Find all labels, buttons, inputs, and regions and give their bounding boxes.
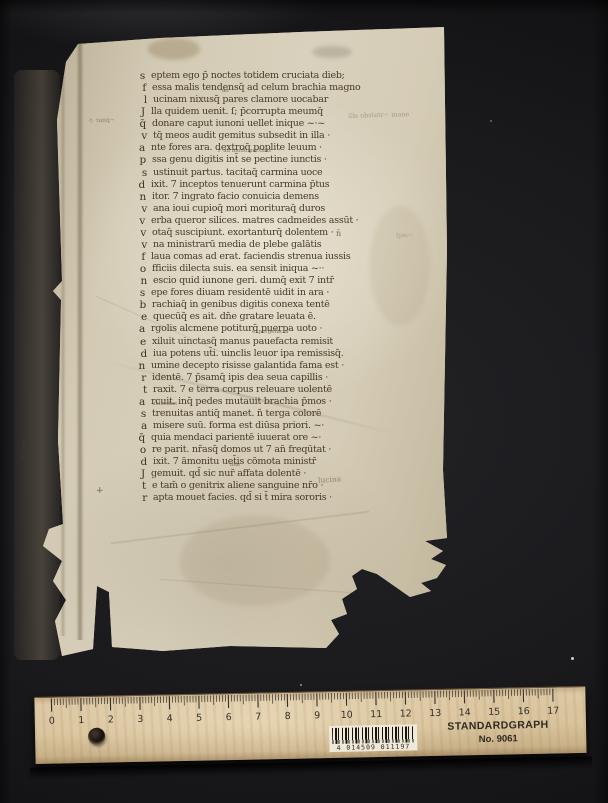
model-label: No. 9061	[433, 732, 563, 746]
line-text: e tam̄ o genitrix aliene sanguine nr̄o ·	[152, 480, 323, 491]
line-text: rgolis alcmene potiturq̄ puerpa uoto ·	[151, 323, 322, 334]
ruler-number: 2	[108, 714, 114, 725]
ruler-number: 11	[370, 709, 382, 720]
line-initial: p	[130, 154, 146, 166]
marginal-note-right-of-line-5: illa obstetr~ mane	[348, 110, 410, 120]
line-initial: n	[130, 191, 146, 203]
line-initial: t	[131, 384, 147, 396]
ruler-number: 12	[400, 708, 412, 719]
line-text: donare caput iunoni uellet inique ~·~	[152, 118, 325, 129]
line-initial: d	[131, 348, 147, 360]
line-text: rcuit. inq̄ pedes mutauit brachia p̄mos …	[151, 396, 331, 407]
barcode: 4 014509 011197	[329, 724, 418, 752]
line-text: ustinuit partus. tacitaq̄ carmina uoce	[153, 167, 322, 178]
ruler-number: 10	[341, 710, 353, 721]
line-text: umine decepto risisse galantida fama est…	[151, 360, 344, 371]
line-text: xiluit uinctasq̄ manus pauefacta remisit	[152, 336, 333, 347]
line-text: tq̄ meos audit gemitus subsedit in illa …	[153, 130, 330, 141]
interlinear-gloss: iole	[230, 462, 240, 468]
line-text: essa malis tendensq̄ ad celum brachia ma…	[152, 82, 361, 93]
line-initial: s	[129, 70, 145, 82]
interlinear-gloss: uelocitas	[152, 401, 177, 407]
line-text: re parit. nr̄asq̄ domos ut 7 an̄ freqūta…	[152, 444, 331, 455]
line-initial: n	[129, 360, 145, 372]
ruler-number: 13	[429, 708, 441, 719]
ruler-hanging-hole	[88, 728, 105, 745]
line-text: na ministrarū media de plebe galātis	[153, 239, 321, 250]
line-text: iua potens ut̄i. uinclis leuor ipa remis…	[153, 348, 344, 359]
line-text: eptem ego p̄ noctes totidem cruciata die…	[151, 70, 345, 81]
line-text: otaq̄ suscipiunt. exortanturq̄ dolentem …	[152, 227, 333, 238]
line-text: trenuitas antiq̄ manet. n̄ terga colorē	[152, 408, 321, 419]
stain	[312, 46, 352, 58]
line-initial: v	[130, 227, 146, 239]
line-text: ixit. 7 inceptos tenuerunt carmina p̄tus	[151, 179, 329, 190]
conjugate-leaf-stub	[14, 70, 60, 660]
line-text: quecūq̄ es ait. dn̄e gratare leuata ē.	[153, 311, 316, 322]
line-text: ssa genu digitis int̄ se pectine iunctis…	[152, 154, 327, 165]
line-initial: v	[131, 130, 147, 142]
ruler-number: 14	[459, 707, 471, 718]
line-text: ucinam nixusq̄ pares clamore uocabar	[153, 94, 328, 105]
ruler-number: 3	[137, 714, 143, 725]
line-initial: s	[131, 167, 147, 179]
ruler-number: 8	[285, 711, 291, 722]
line-text: raxit. 7 e terra corpus releuare uolentē	[153, 384, 332, 395]
ruler-number: 0	[49, 716, 55, 727]
line-initial: e	[130, 336, 146, 348]
line-text: epe fores diuam residentē uidit in ara ·	[151, 287, 329, 298]
line-text: misere suū. forma est diūsa priori. ~·	[153, 420, 324, 431]
line-initial: b	[130, 299, 146, 311]
line-initial: r	[130, 372, 146, 384]
line-text: ana ioui cupioq̄ mori morituraq̄ duros	[153, 203, 325, 214]
line-text: rachiaq̄ in genibus digitis conexa tentē	[152, 299, 330, 310]
stain	[148, 38, 200, 60]
line-initial: q̄	[130, 118, 146, 130]
ruler-number: 15	[488, 707, 500, 718]
line-text: apta mouet facies. qd̄ si t̄ mira sorori…	[153, 492, 332, 503]
lint-speck	[300, 684, 302, 686]
line-text: lla quidem uenit. ſ; p̄corrupta meumq̄	[151, 106, 323, 117]
ruler-number: 9	[314, 710, 320, 721]
line-initial: v	[131, 239, 147, 251]
marginal-note-right-margin-scribble: ſpm~	[396, 232, 413, 240]
line-text: escio quid iunone geri. dumq̄ exit 7 int…	[153, 275, 334, 286]
lint-speck	[490, 120, 492, 122]
ruler-number: 6	[226, 712, 232, 723]
line-text: itor. 7 ingrato facio conuicia demens	[152, 191, 319, 202]
ruler-number: 16	[518, 706, 530, 717]
interlinear-gloss: ao	[222, 88, 229, 94]
gutter-crease	[76, 40, 84, 640]
line-initial: d	[131, 456, 147, 468]
ruler-number: 4	[167, 713, 173, 724]
line-initial: r	[131, 492, 147, 504]
line-initial: a	[129, 396, 145, 408]
interlinear-gloss: i· ad modū pectinis	[218, 148, 271, 154]
line-initial: t	[130, 480, 146, 492]
line-initial: J	[129, 106, 145, 118]
line-initial: J	[129, 468, 145, 480]
barcode-digits: 4 014509 011197	[329, 742, 417, 752]
line-text: erba queror silices. matres cadmeides as…	[151, 215, 358, 226]
line-text: fficiis dilecta suis. ea sensit iniqua ~…	[152, 263, 324, 274]
line-initial: e	[131, 311, 147, 323]
marginal-note-note-lucina: lucina	[318, 474, 342, 485]
line-text: quia mendaci parientē iuuerat ore ~·	[151, 432, 321, 443]
marginal-note-right-of-line-14: n̄	[336, 229, 341, 238]
brand-label: STANDARDGRAPH	[433, 718, 563, 733]
line-initial: o	[130, 444, 146, 456]
fold-crease	[60, 56, 66, 636]
line-initial: d	[129, 179, 145, 191]
line-initial: f	[129, 251, 145, 263]
line-text: laua comas ad erat. faciendis strenua iu…	[151, 251, 350, 262]
lint-speck	[571, 657, 574, 660]
line-initial: o	[130, 263, 146, 275]
line-initial: f	[130, 82, 146, 94]
line-text: gemuit. qd̄ sic nur̄ affata dolentē ·	[151, 468, 306, 479]
line-initial: l	[131, 94, 147, 106]
photograph: septem ego p̄ noctes totidem cruciata di…	[0, 0, 608, 803]
wooden-ruler: 01234567891011121314151617 4 014509 0111…	[34, 686, 586, 764]
line-initial: n	[131, 275, 147, 287]
ruler-number: 17	[547, 705, 559, 716]
interlinear-gloss: expergefacta	[252, 329, 288, 335]
line-initial: a	[131, 420, 147, 432]
line-initial: s	[129, 287, 145, 299]
barcode-bars	[332, 726, 414, 744]
marginal-note-left-of-line-5: ·t· tanq~	[88, 117, 115, 125]
stain	[180, 516, 330, 606]
line-initial: s	[130, 408, 146, 420]
ruler-number: 1	[78, 715, 84, 726]
line-initial: a	[129, 142, 145, 154]
line-initial: q̄	[129, 432, 145, 444]
ruler-number: 7	[255, 711, 261, 722]
line-initial: v	[129, 215, 145, 227]
ruler-number: 5	[196, 713, 202, 724]
line-initial: v	[131, 203, 147, 215]
line-initial: a	[129, 323, 145, 335]
marginal-note-insertion-cross: +	[96, 486, 104, 496]
line-text: identē. 7 p̄samq̄ ipis dea seua capillis…	[152, 372, 328, 383]
stain	[370, 206, 430, 326]
